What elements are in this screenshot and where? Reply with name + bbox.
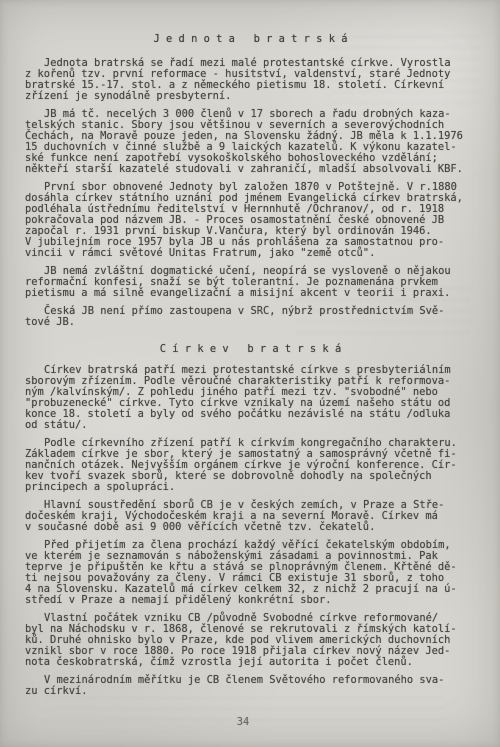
paragraph-cb-classification: Církev bratrská patří mezi protestantské… [25,365,476,431]
section-jednota-bratrska: J e d n o t a b r a t r s k á Jednota br… [25,34,476,328]
scanned-document-photo: { "doc": { "page_number": "34", "section… [0,0,500,747]
paragraph-cb-international: V mezinárodním měřítku je CB členem Svět… [25,675,476,697]
page-number: 34 [0,716,493,728]
paragraph-jb-src: Česká JB není přímo zastoupena v SRC, ný… [25,306,476,328]
paragraph-cb-history: Vlastní počátek vzniku CB /původně Svobo… [25,613,476,668]
paragraph-cb-regions: Hlavní soustředění sborů CB je v českých… [25,500,476,533]
paragraph-jb-history: První sbor obnovené Jednoty byl založen … [25,182,476,259]
section-heading-cirkev-bratrska: C í r k e v b r a t r s k á [25,344,476,355]
paragraph-jb-membership: JB má tč. necelých 3 000 členů v 17 sbor… [25,109,476,175]
document-page: J e d n o t a b r a t r s k á Jednota br… [0,0,500,747]
section-heading-jednota-bratrska: J e d n o t a b r a t r s k á [25,34,476,45]
paragraph-jb-doctrine: JB nemá zvláštní dogmatické učení, neopí… [25,266,476,299]
paragraph-jb-origins: Jednota bratrská se řadí mezi malé prote… [25,58,476,102]
paragraph-cb-structure: Podle církevního zřízení patří k církvím… [25,438,476,493]
paragraph-cb-membership: Před přijetím za člena prochází každý vě… [25,540,476,606]
section-cirkev-bratrska: C í r k e v b r a t r s k á Církev bratr… [25,344,476,697]
